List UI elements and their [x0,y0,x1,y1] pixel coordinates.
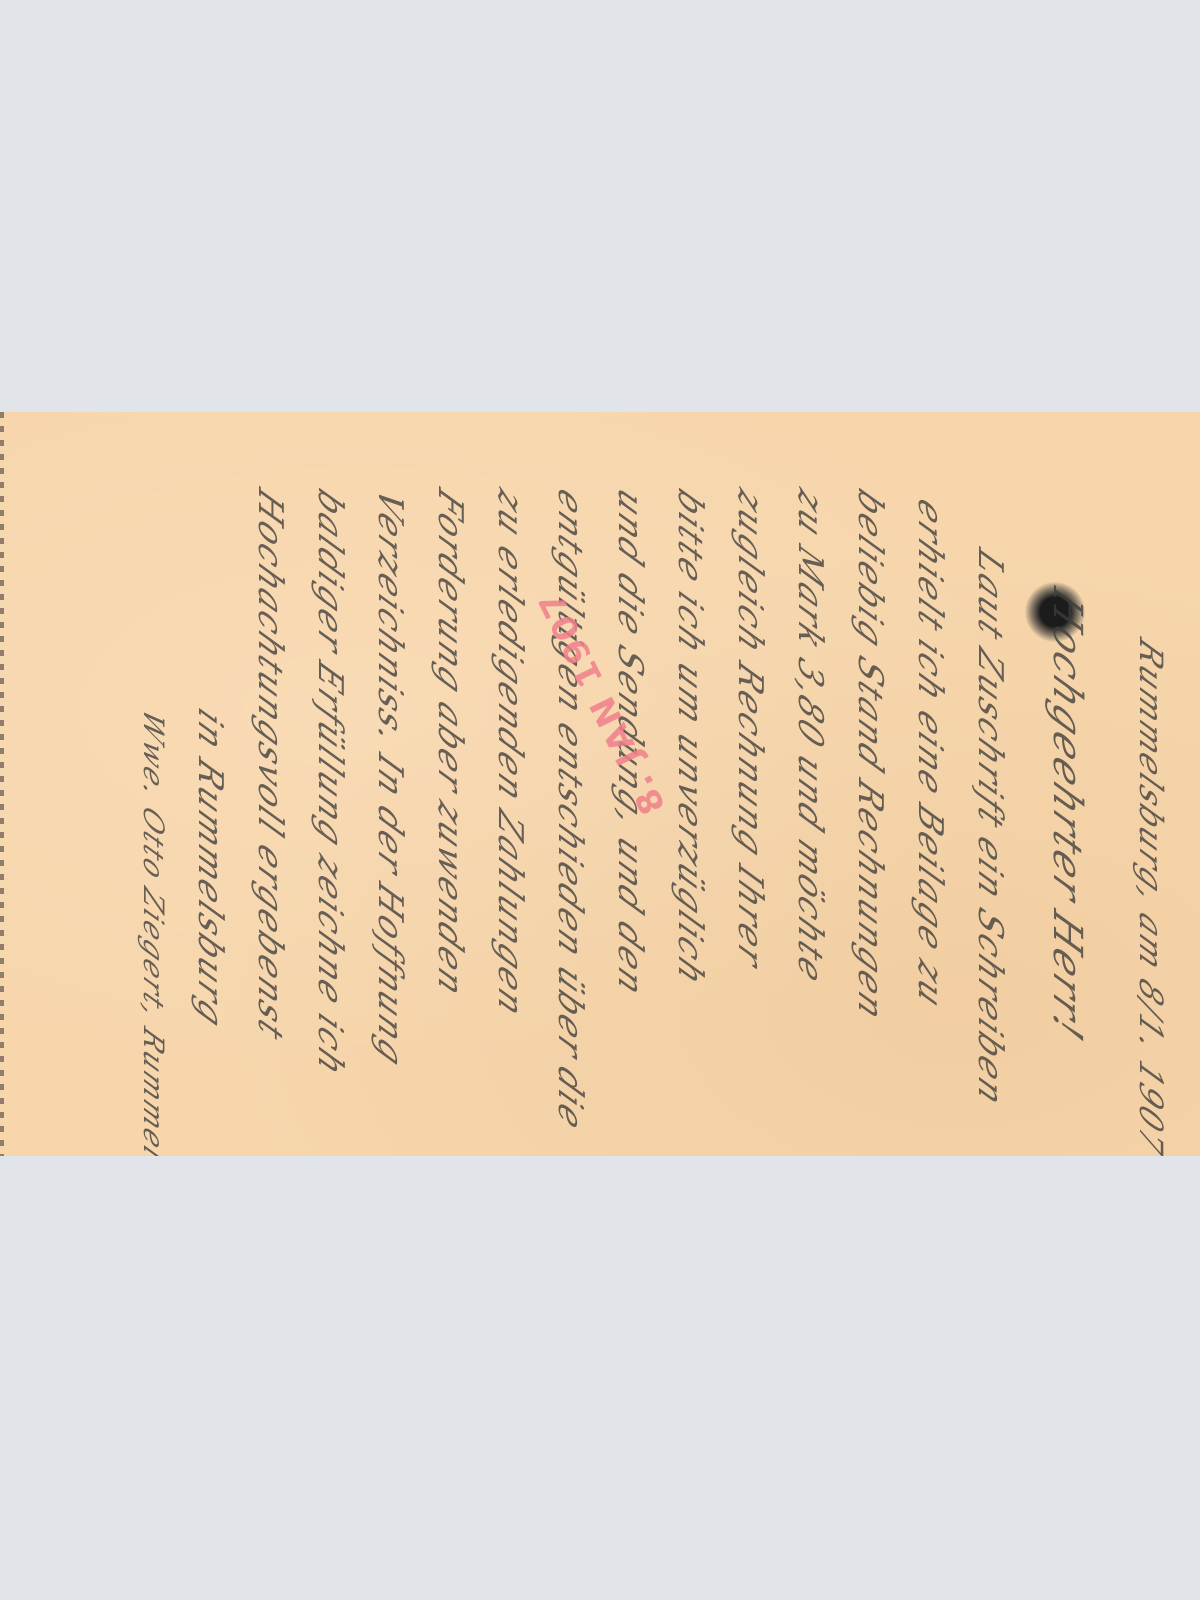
letter-line: erhielt ich eine Beilage zu [910,491,950,1017]
letter-line: Verzeichniss. In der Hoffnung [370,481,410,1075]
letter-heading: Rummelsburg, am 8/1. 1907 [1132,632,1170,1156]
letter-line: zu erledigenden Zahlungen [490,481,530,1026]
letter-line: Forderung aber zuwenden [430,481,470,1005]
letter-line: beliebig Stand Rechnungen [850,481,890,1029]
letter-paper: Rummelsburg, am 8/1. 1907 Hochgeehrter H… [0,412,1200,1156]
letter-line: in Rummelsburg [190,701,230,1036]
letter-salutation: Hochgeehrter Herr! [1044,580,1090,1050]
letter-line: Laut Zuschrift ein Schreiben [970,541,1010,1115]
letter-line: zu Mark 3,80 und möchte [790,481,830,992]
letter-line: Hochachtungsvoll ergebenst [250,481,290,1049]
letter-line: baldiger Erfüllung zeichne ich [310,481,350,1085]
letter-line: zugleich Rechnung Ihrer [730,481,770,976]
letter-line: entgültigen entschieden über die [550,481,590,1139]
letter-text-block: Rummelsburg, am 8/1. 1907 Hochgeehrter H… [0,412,1200,1156]
letter-signature: Wwe. Otto Ziegert, Rummelsburg [137,703,170,1156]
letter-line: bitte ich um unverzüglich [670,481,710,994]
